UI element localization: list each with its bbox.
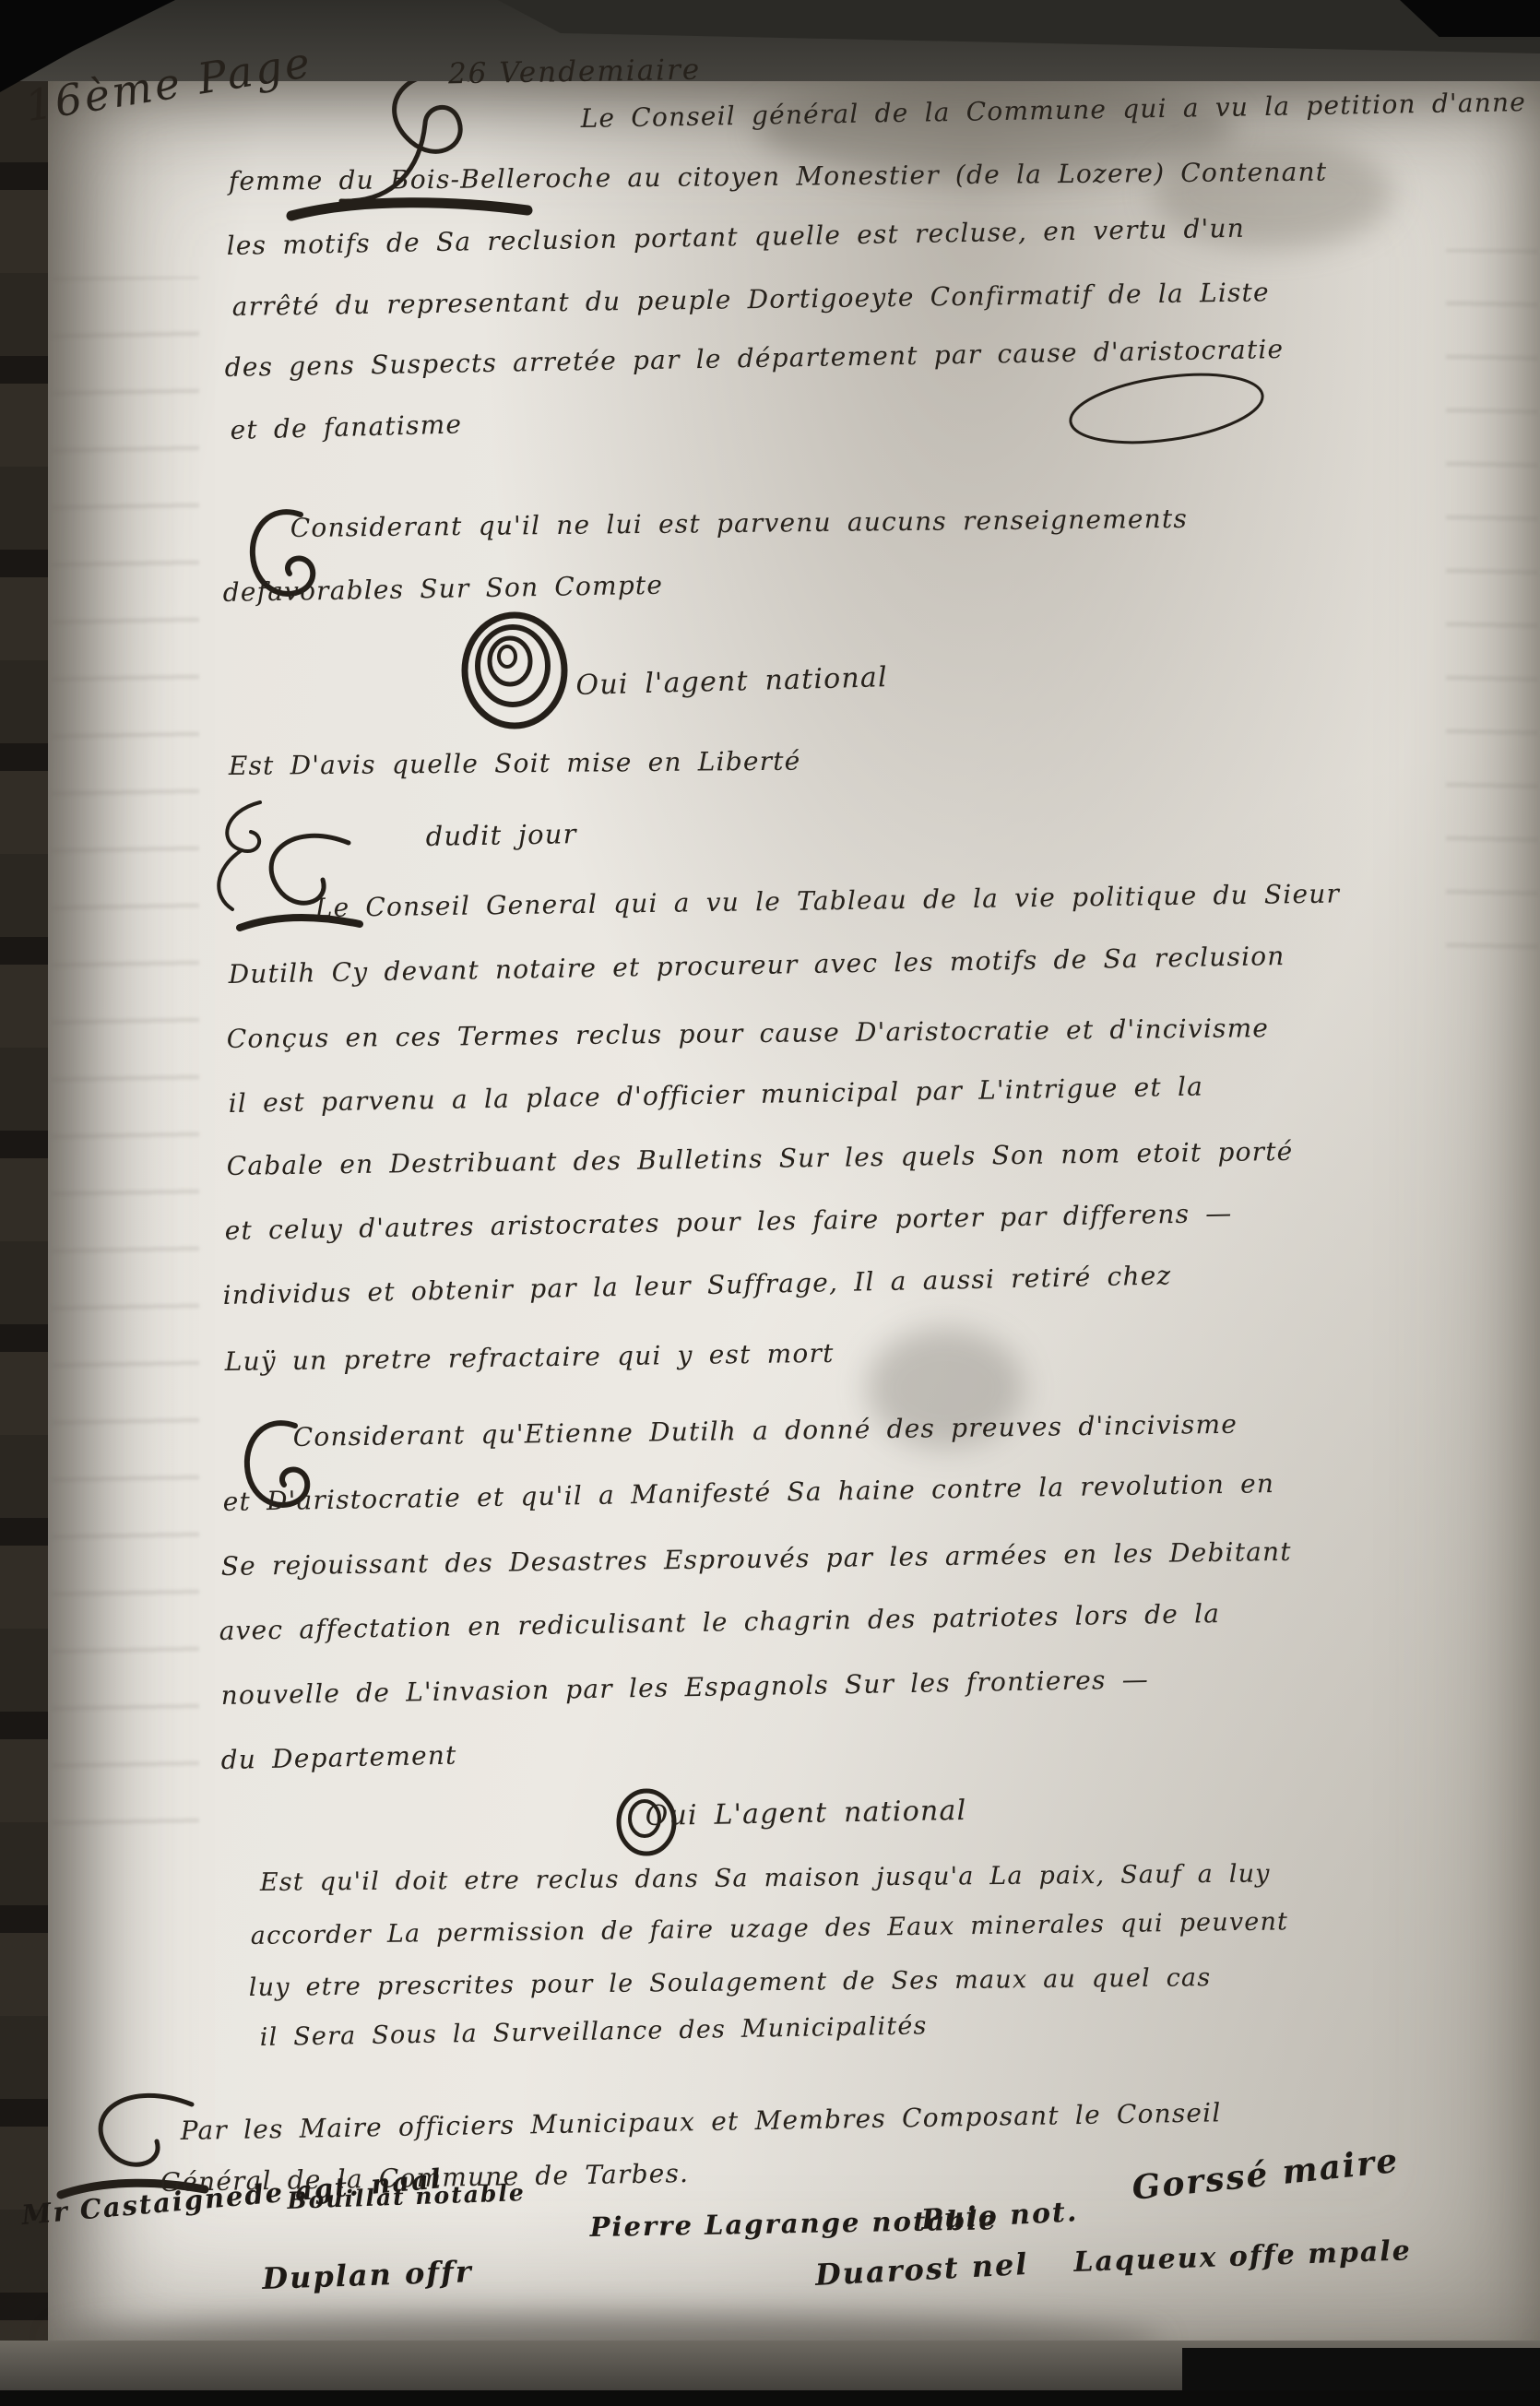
swash-oval-icon	[1060, 367, 1273, 450]
ink-bleedthrough	[52, 277, 199, 1844]
ink-bleedthrough	[1446, 249, 1538, 950]
avis-line: Est D'avis quelle Soit mise en Liberté	[229, 746, 801, 781]
scan-strip-bottom	[0, 2390, 1540, 2406]
oui-agent-national-line: Oui L'agent national	[645, 1795, 966, 1832]
book-spine	[0, 79, 48, 2406]
considerant-line: du Departement	[220, 1740, 457, 1775]
spiral-ornament-icon	[459, 610, 570, 730]
signature-duplan: Duplan offr	[262, 2254, 474, 2296]
manuscript-line: et de fanatisme	[230, 409, 462, 445]
dudit-jour-line: dudit jour	[425, 818, 577, 852]
flourish-l-icon	[277, 65, 590, 231]
manuscript-scan: 16ème Page 26 Vendemiaire Le Conseil gén…	[0, 0, 1540, 2406]
date-heading: 26 Vendemiaire	[448, 53, 702, 91]
